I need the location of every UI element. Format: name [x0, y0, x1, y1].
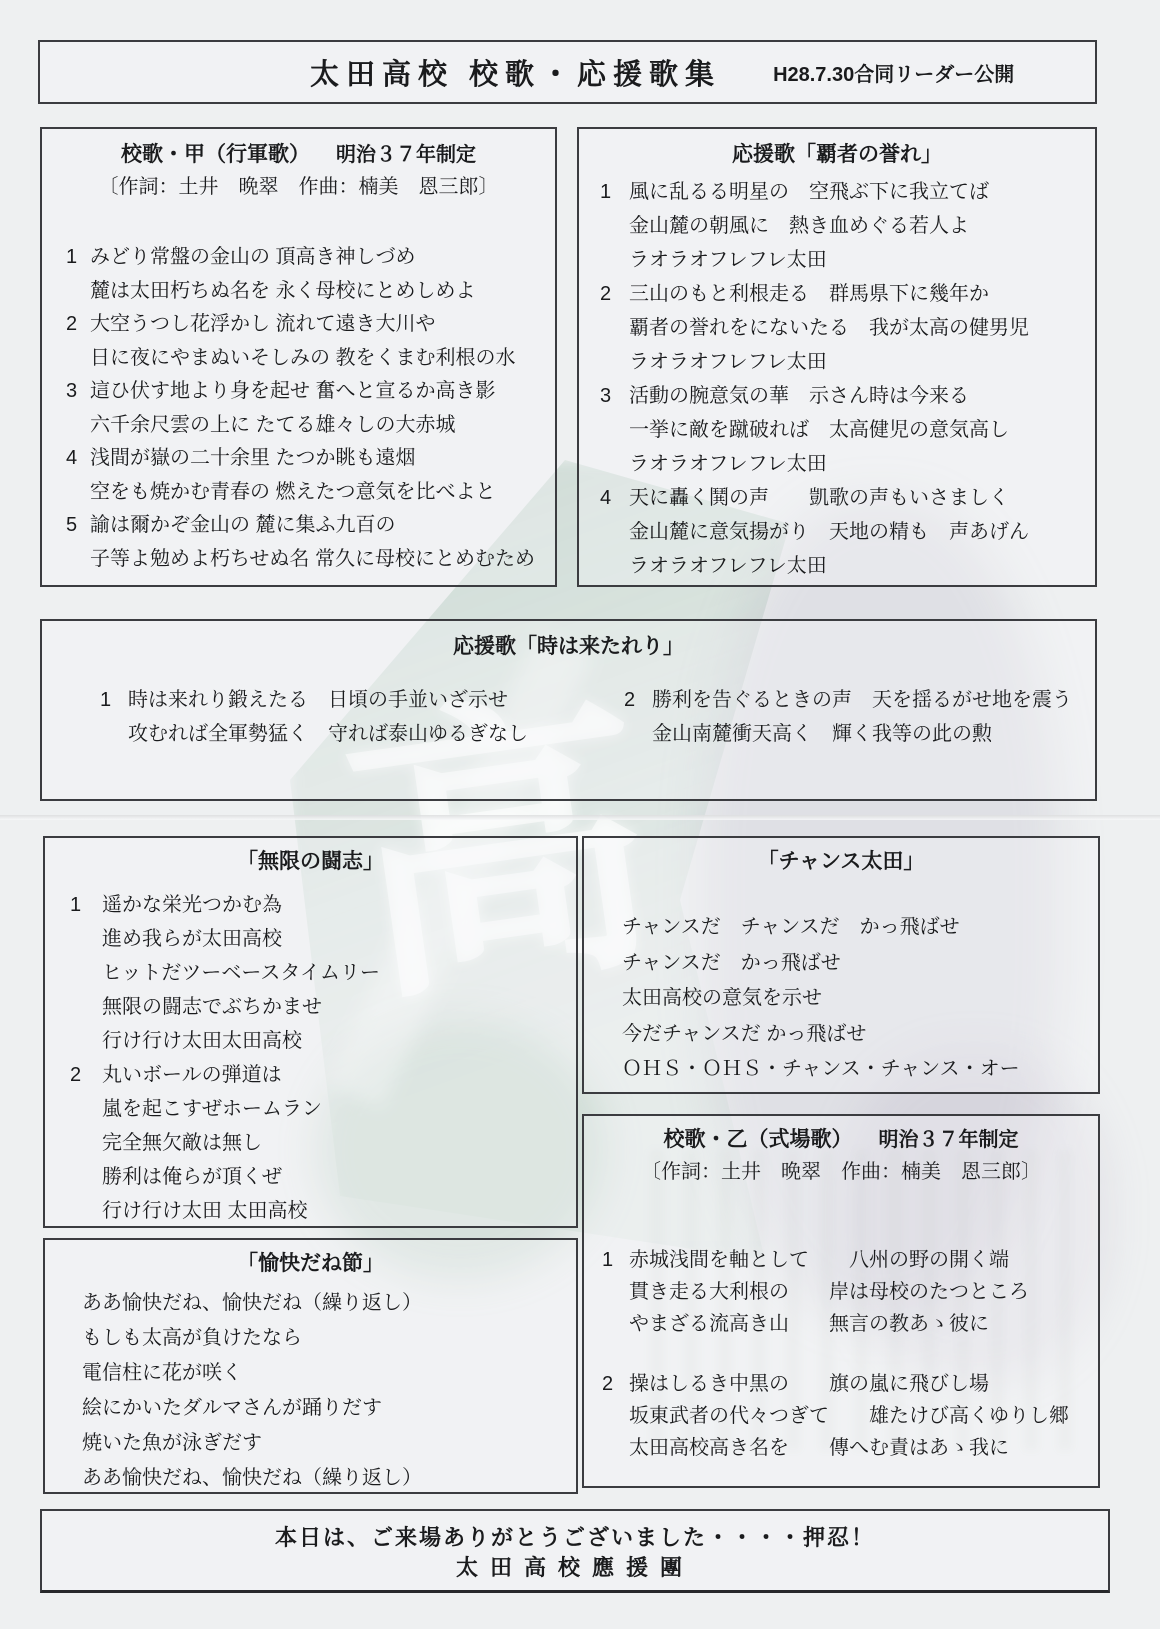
verse-lines: 三山のもと利根走る 群馬県下に幾年か覇者の誉れをにないたる 我が太高の健男児ラオ…	[629, 277, 1095, 379]
lyric-line: 金山麓に意気揚がり 天地の精も 声あげん	[629, 515, 1095, 549]
lyric-line: 坂東武者の代々つぎて 雄たけび高くゆりし郷	[629, 1400, 1098, 1432]
lyric-line: 電信柱に花が咲く	[82, 1356, 576, 1391]
lyric-line: 天に轟く鬨の声 凱歌の声もいさましく	[629, 481, 1095, 515]
verses: 1 風に乱るる明星の 空飛ぶ下に我立てば金山麓の朝風に 熱き血めぐる若人よラオラ…	[579, 175, 1095, 583]
lyric-line: 勝利は俺らが頂くぜ	[102, 1160, 576, 1194]
lyric-line: 金山麓の朝風に 熱き血めぐる若人よ	[629, 209, 1095, 243]
verse: 3 這ひ伏す地より身を起せ 奮へと宣るか高き影六千余尺雲の上に たてる雄々しの大…	[42, 375, 555, 442]
song-enacted: 明治３７年制定	[879, 1129, 1019, 1151]
verse-number: 3	[66, 375, 77, 409]
verse-number: 4	[66, 442, 77, 476]
lyric-line: 麓は太田朽ちぬ名を 永く母校にとめしめよ	[90, 275, 555, 309]
verse-number: 1	[600, 175, 611, 209]
verse-number: 3	[600, 379, 611, 413]
lyric-line: 六千余尺雲の上に たてる雄々しの大赤城	[90, 409, 555, 443]
lyric-line: チャンスだ かっ飛ばせ	[622, 946, 1098, 982]
verse-lines: 天に轟く鬨の声 凱歌の声もいさましく金山麓に意気揚がり 天地の精も 声あげんラオ…	[629, 481, 1095, 583]
lyric-line: ラオラオフレフレ太田	[629, 549, 1095, 583]
song-title: 応援歌「覇者の誉れ」	[579, 141, 1095, 169]
song-title-text: 校歌・乙（式場歌）	[664, 1128, 853, 1151]
song-lines: チャンスだ チャンスだ かっ飛ばせチャンスだ かっ飛ばせ太田高校の意気を示せ今だ…	[584, 910, 1098, 1088]
lyric-line: 活動の腕意気の華 示さん時は今来る	[629, 379, 1095, 413]
footer-signature: 太田高校應援團	[42, 1553, 1108, 1583]
verses: 1 赤城浅間を軸として 八州の野の開く端貫き走る大利根の 岸は母校のたつところや…	[584, 1244, 1098, 1464]
verse: 2 操はしるき中黒の 旗の嵐に飛びし場坂東武者の代々つぎて 雄たけび高くゆりし郷…	[584, 1368, 1098, 1464]
lyric-line: 絵にかいたダルマさんが踊りだす	[82, 1391, 576, 1426]
verse-lines: 大空うつし花浮かし 流れて遠き大川や日に夜にやまぬいそしみの 教をくまむ利根の水	[90, 308, 555, 375]
verse: 3 活動の腕意気の華 示さん時は今来る一挙に敵を蹴破れば 太高健児の意気高しラオ…	[579, 379, 1095, 481]
verse-lines: 活動の腕意気の華 示さん時は今来る一挙に敵を蹴破れば 太高健児の意気高しラオラオ…	[629, 379, 1095, 481]
lyric-line: チャンスだ チャンスだ かっ飛ばせ	[622, 910, 1098, 946]
footer-thanks: 本日は、ご来場ありがとうございました・・・・押忍！	[42, 1523, 1108, 1553]
verse-number: 2	[624, 683, 635, 717]
lyric-line: ああ愉快だね、愉快だね（繰り返し）	[82, 1461, 576, 1496]
song-enacted: 明治３７年制定	[336, 144, 476, 166]
verse-lines: 操はしるき中黒の 旗の嵐に飛びし場坂東武者の代々つぎて 雄たけび高くゆりし郷太田…	[629, 1368, 1098, 1464]
verse-number: 2	[66, 308, 77, 342]
song-box-hasha: 応援歌「覇者の誉れ」 1 風に乱るる明星の 空飛ぶ下に我立てば金山麓の朝風に 熱…	[577, 127, 1097, 587]
verses: 1 時は来れり鍛えたる 日頃の手並いざ示せ攻むれば全軍勢猛く 守れば泰山ゆるぎな…	[42, 683, 1095, 751]
verse-lines: 諭は爾かぞ金山の 麓に集ふ九百の子等よ勉めよ朽ちせぬ名 常久に母校にとめむため	[90, 509, 555, 576]
song-box-koka-otsu: 校歌・乙（式場歌）明治３７年制定 〔作詞：土井 晩翠 作曲：楠美 恩三郎〕 1 …	[582, 1114, 1100, 1488]
verse-lines: 赤城浅間を軸として 八州の野の開く端貫き走る大利根の 岸は母校のたつところやまざ…	[629, 1244, 1098, 1340]
song-lines: ああ愉快だね、愉快だね（繰り返し）もしも太高が負けたなら電信柱に花が咲く絵にかい…	[45, 1286, 576, 1496]
lyric-line: 諭は爾かぞ金山の 麓に集ふ九百の	[90, 509, 555, 543]
lyric-line: 時は来れり鍛えたる 日頃の手並いざ示せ	[128, 683, 528, 717]
verse: 2 大空うつし花浮かし 流れて遠き大川や日に夜にやまぬいそしみの 教をくまむ利根…	[42, 308, 555, 375]
lyric-line: 貫き走る大利根の 岸は母校のたつところ	[629, 1276, 1098, 1308]
song-title: 「チャンス太田」	[584, 848, 1098, 876]
lyric-line: 焼いた魚が泳ぎだす	[82, 1426, 576, 1461]
verse-number: 5	[66, 509, 77, 543]
lyric-line: ラオラオフレフレ太田	[629, 447, 1095, 481]
verse-lines: 浅間が嶽の二十余里 たつか眺も遠烟空をも焼かむ青春の 燃えたつ意気を比べよと	[90, 442, 555, 509]
song-box-koka-ko: 校歌・甲（行軍歌）明治３７年制定 〔作詞：土井 晩翠 作曲：楠美 恩三郎〕 1 …	[40, 127, 557, 587]
lyric-line: 行け行け太田 太田高校	[102, 1194, 576, 1228]
song-box-yukai: 「愉快だね節」 ああ愉快だね、愉快だね（繰り返し）もしも太高が負けたなら電信柱に…	[43, 1238, 578, 1494]
verse: 5 諭は爾かぞ金山の 麓に集ふ九百の子等よ勉めよ朽ちせぬ名 常久に母校にとめむた…	[42, 509, 555, 576]
lyric-line: もしも太高が負けたなら	[82, 1321, 576, 1356]
lyric-line: 三山のもと利根走る 群馬県下に幾年か	[629, 277, 1095, 311]
lyric-line: 浅間が嶽の二十余里 たつか眺も遠烟	[90, 442, 555, 476]
lyric-line: 太田高校高き名を 傳へむ責はあゝ我に	[629, 1432, 1098, 1464]
verse-number: 1	[100, 683, 111, 717]
lyric-line: 遥かな栄光つかむ為	[102, 888, 576, 922]
verse: 1 みどり常盤の金山の 頂高き神しづめ麓は太田朽ちぬ名を 永く母校にとめしめよ	[42, 241, 555, 308]
verse-lines: 遥かな栄光つかむ為進め我らが太田高校ヒットだツーベースタイムリー無限の闘志でぶち…	[102, 888, 576, 1058]
verse: 1 風に乱るる明星の 空飛ぶ下に我立てば金山麓の朝風に 熱き血めぐる若人よラオラ…	[579, 175, 1095, 277]
lyric-line: 子等よ勉めよ朽ちせぬ名 常久に母校にとめむため	[90, 543, 555, 577]
lyric-line: 赤城浅間を軸として 八州の野の開く端	[629, 1244, 1098, 1276]
lyric-line: 進め我らが太田高校	[102, 922, 576, 956]
song-title: 「愉快だね節」	[45, 1250, 576, 1278]
verse: 1 赤城浅間を軸として 八州の野の開く端貫き走る大利根の 岸は母校のたつところや…	[584, 1244, 1098, 1340]
title-note: H28.7.30合同リーダー公開	[773, 58, 1014, 87]
verse: 2 勝利を告ぐるときの声 天を揺るがせ地を震う金山南麓衝天高く 輝く我等の此の勲	[624, 683, 1072, 751]
lyric-line: ああ愉快だね、愉快だね（繰り返し）	[82, 1286, 576, 1321]
verse: 1 遥かな栄光つかむ為進め我らが太田高校ヒットだツーベースタイムリー無限の闘志で…	[45, 888, 576, 1058]
lyric-line: 這ひ伏す地より身を起せ 奮へと宣るか高き影	[90, 375, 555, 409]
lyric-line: 今だチャンスだ かっ飛ばせ	[622, 1017, 1098, 1053]
lyric-line: ラオラオフレフレ太田	[629, 345, 1095, 379]
verse-number: 4	[600, 481, 611, 515]
lyric-line: 金山南麓衝天高く 輝く我等の此の勲	[652, 717, 1072, 751]
paper-fold-line	[0, 815, 1160, 820]
lyric-line: ラオラオフレフレ太田	[629, 243, 1095, 277]
lyric-line: 太田高校の意気を示せ	[622, 981, 1098, 1017]
lyric-line: 丸いボールの弾道は	[102, 1058, 576, 1092]
lyric-line: 覇者の誉れをにないたる 我が太高の健男児	[629, 311, 1095, 345]
lyric-line: 嵐を起こすぜホームラン	[102, 1092, 576, 1126]
verse-number: 2	[70, 1058, 81, 1092]
verse-number: 2	[602, 1368, 613, 1400]
song-box-chance: 「チャンス太田」 チャンスだ チャンスだ かっ飛ばせチャンスだ かっ飛ばせ太田高…	[582, 836, 1100, 1094]
song-title: 校歌・乙（式場歌）明治３７年制定	[584, 1126, 1098, 1154]
song-title: 「無限の闘志」	[45, 848, 576, 876]
footer-box: 本日は、ご来場ありがとうございました・・・・押忍！ 太田高校應援團	[40, 1509, 1110, 1593]
lyric-line: 行け行け太田太田高校	[102, 1024, 576, 1058]
verse-lines: 時は来れり鍛えたる 日頃の手並いざ示せ攻むれば全軍勢猛く 守れば泰山ゆるぎなし	[128, 683, 528, 751]
lyric-line: 大空うつし花浮かし 流れて遠き大川や	[90, 308, 555, 342]
lyric-line: 操はしるき中黒の 旗の嵐に飛びし場	[629, 1368, 1098, 1400]
verse: 2 三山のもと利根走る 群馬県下に幾年か覇者の誉れをにないたる 我が太高の健男児…	[579, 277, 1095, 379]
verse-number: 1	[602, 1244, 613, 1276]
verse: 1 時は来れり鍛えたる 日頃の手並いざ示せ攻むれば全軍勢猛く 守れば泰山ゆるぎな…	[100, 683, 528, 751]
verse-number: 1	[66, 241, 77, 275]
page-title: 太田高校 校歌・応援歌集	[310, 52, 721, 93]
verse: 2 丸いボールの弾道は嵐を起こすぜホームラン完全無欠敵は無し勝利は俺らが頂くぜ行…	[45, 1058, 576, 1228]
song-box-mugen: 「無限の闘志」 1 遥かな栄光つかむ為進め我らが太田高校ヒットだツーベースタイム…	[43, 836, 578, 1228]
verse-lines: 風に乱るる明星の 空飛ぶ下に我立てば金山麓の朝風に 熱き血めぐる若人よラオラオフ…	[629, 175, 1095, 277]
song-credits: 〔作詞：土井 晩翠 作曲：楠美 恩三郎〕	[42, 173, 555, 201]
song-title: 応援歌「時は来たれり」	[42, 633, 1095, 661]
song-box-toki: 応援歌「時は来たれり」 1 時は来れり鍛えたる 日頃の手並いざ示せ攻むれば全軍勢…	[40, 619, 1097, 801]
verse-number: 2	[600, 277, 611, 311]
verse-lines: 勝利を告ぐるときの声 天を揺るがせ地を震う金山南麓衝天高く 輝く我等の此の勲	[652, 683, 1072, 751]
lyric-line: 空をも焼かむ青春の 燃えたつ意気を比べよと	[90, 476, 555, 510]
song-title: 校歌・甲（行軍歌）明治３７年制定	[42, 141, 555, 169]
verse-lines: 丸いボールの弾道は嵐を起こすぜホームラン完全無欠敵は無し勝利は俺らが頂くぜ行け行…	[102, 1058, 576, 1228]
lyric-line: ヒットだツーベースタイムリー	[102, 956, 576, 990]
verse: 4 浅間が嶽の二十余里 たつか眺も遠烟空をも焼かむ青春の 燃えたつ意気を比べよと	[42, 442, 555, 509]
verses: 1 遥かな栄光つかむ為進め我らが太田高校ヒットだツーベースタイムリー無限の闘志で…	[45, 888, 576, 1228]
verse-lines: 這ひ伏す地より身を起せ 奮へと宣るか高き影六千余尺雲の上に たてる雄々しの大赤城	[90, 375, 555, 442]
lyric-line: みどり常盤の金山の 頂高き神しづめ	[90, 241, 555, 275]
lyric-line: ＯＨＳ・ＯＨＳ・チャンス・チャンス・オー	[622, 1052, 1098, 1088]
lyric-line: 一挙に敵を蹴破れば 太高健児の意気高し	[629, 413, 1095, 447]
title-box: 太田高校 校歌・応援歌集 H28.7.30合同リーダー公開	[38, 40, 1097, 104]
verse-number: 1	[70, 888, 81, 922]
song-title-text: 校歌・甲（行軍歌）	[121, 143, 310, 166]
lyric-line: 日に夜にやまぬいそしみの 教をくまむ利根の水	[90, 342, 555, 376]
song-credits: 〔作詞：土井 晩翠 作曲：楠美 恩三郎〕	[584, 1158, 1098, 1186]
verse-lines: みどり常盤の金山の 頂高き神しづめ麓は太田朽ちぬ名を 永く母校にとめしめよ	[90, 241, 555, 308]
lyric-line: 無限の闘志でぶちかませ	[102, 990, 576, 1024]
lyric-line: 勝利を告ぐるときの声 天を揺るがせ地を震う	[652, 683, 1072, 717]
lyric-line: 攻むれば全軍勢猛く 守れば泰山ゆるぎなし	[128, 717, 528, 751]
lyric-line: 完全無欠敵は無し	[102, 1126, 576, 1160]
verses: 1 みどり常盤の金山の 頂高き神しづめ麓は太田朽ちぬ名を 永く母校にとめしめよ …	[42, 241, 555, 576]
verse: 4 天に轟く鬨の声 凱歌の声もいさましく金山麓に意気揚がり 天地の精も 声あげん…	[579, 481, 1095, 583]
lyric-line: やまざる流高き山 無言の教あゝ彼に	[629, 1308, 1098, 1340]
lyric-line: 風に乱るる明星の 空飛ぶ下に我立てば	[629, 175, 1095, 209]
